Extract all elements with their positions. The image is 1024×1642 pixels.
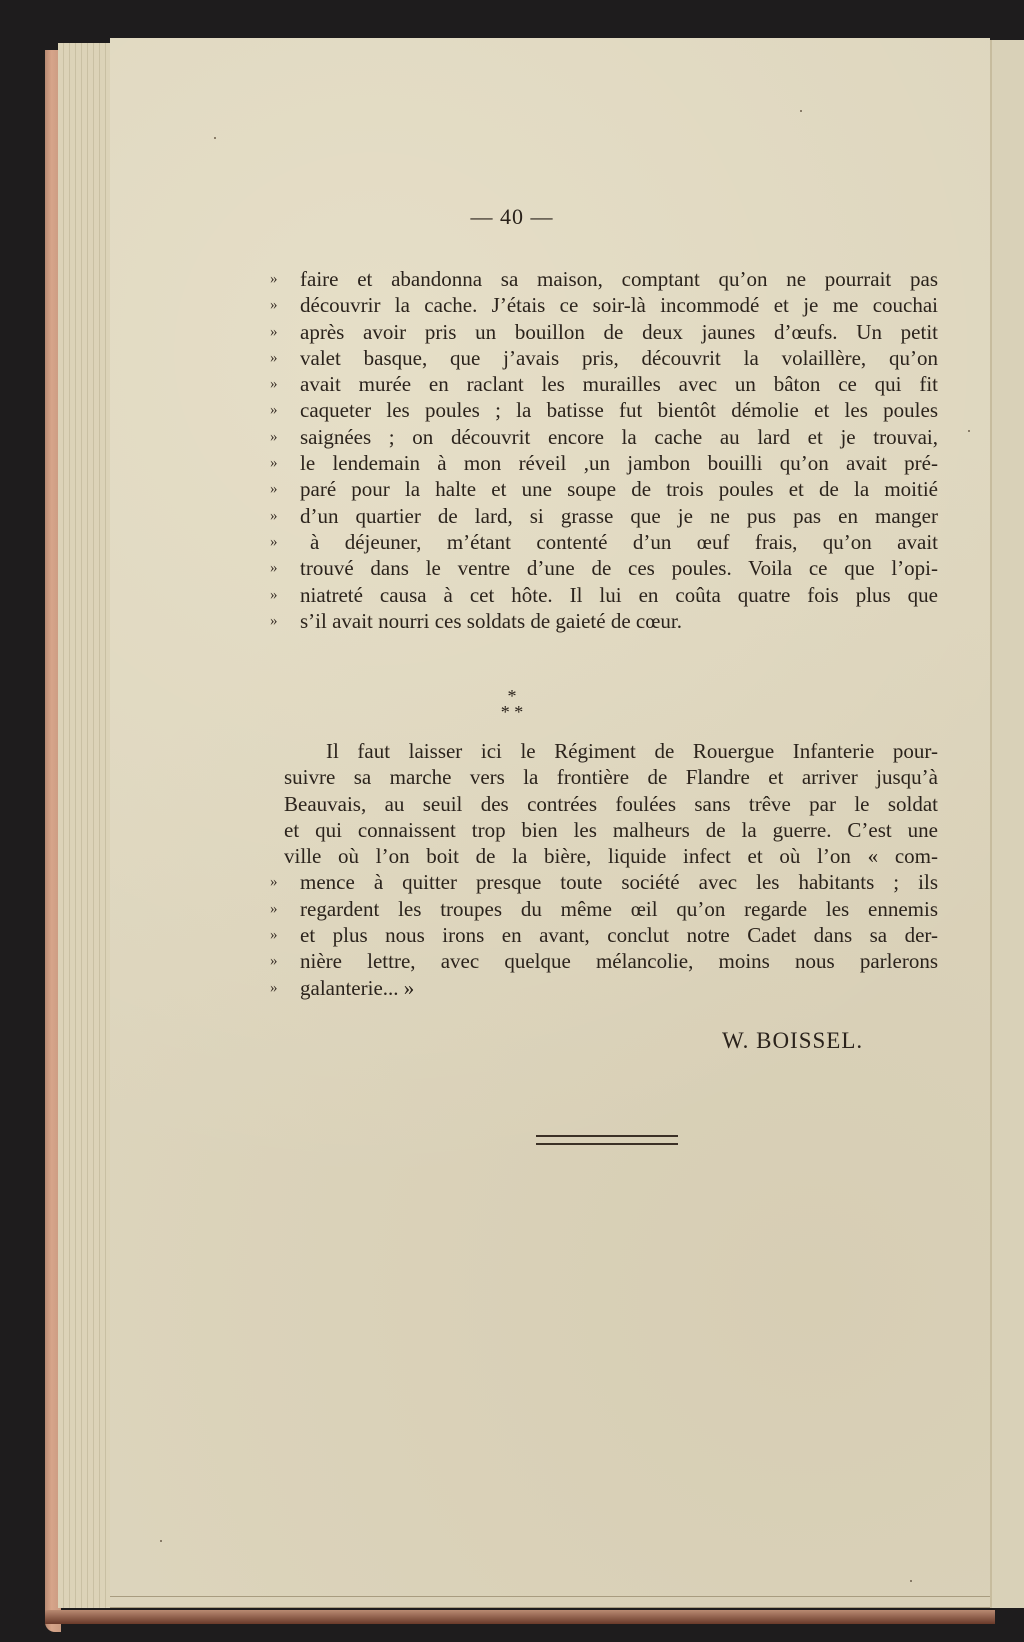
text-line: »s’il avait nourri ces soldats de gaieté… xyxy=(270,608,938,634)
line-text: à déjeuner, m’étant contenté d’un œuf fr… xyxy=(300,529,938,555)
quote-mark: » xyxy=(270,896,300,922)
quote-mark: » xyxy=(270,529,300,555)
author-signature: W. BOISSEL. xyxy=(722,1028,863,1054)
line-text: regardent les troupes du même œil qu’on … xyxy=(300,896,938,922)
line-text: Beauvais, au seuil des contrées foulées … xyxy=(284,791,938,817)
book-cover-bottom-edge xyxy=(45,1610,995,1624)
page-number: — 40 — xyxy=(0,204,1024,230)
text-line: »paré pour la halte et une soupe de troi… xyxy=(270,476,938,502)
quote-mark: » xyxy=(270,503,300,529)
text-line: »découvrir la cache. J’étais ce soir-là … xyxy=(270,292,938,318)
text-line: »à déjeuner, m’étant contenté d’un œuf f… xyxy=(270,529,938,555)
line-text: niatreté causa à cet hôte. Il lui en coû… xyxy=(300,582,938,608)
line-text: trouvé dans le ventre d’une de ces poule… xyxy=(300,555,938,581)
text-line: »et plus nous irons en avant, conclut no… xyxy=(270,922,938,948)
text-line: Il faut laisser ici le Régiment de Rouer… xyxy=(284,738,938,764)
line-text: paré pour la halte et une soupe de trois… xyxy=(300,476,938,502)
line-text: et plus nous irons en avant, conclut not… xyxy=(300,922,938,948)
line-text: avait murée en raclant les murailles ave… xyxy=(300,371,938,397)
line-text: le lendemain à mon réveil ,un jambon bou… xyxy=(300,450,938,476)
paper-speck xyxy=(160,1540,162,1542)
text-line: »galanterie... » xyxy=(270,975,938,1001)
quote-mark: » xyxy=(270,424,300,450)
quote-mark: » xyxy=(270,292,300,318)
line-text: nière lettre, avec quelque mélancolie, m… xyxy=(300,948,938,974)
page-bottom-edges xyxy=(110,1596,990,1608)
end-double-rule xyxy=(536,1135,678,1145)
text-line: Beauvais, au seuil des contrées foulées … xyxy=(284,791,938,817)
quote-mark: » xyxy=(270,319,300,345)
text-line: »avait murée en raclant les murailles av… xyxy=(270,371,938,397)
quote-mark: » xyxy=(270,476,300,502)
quote-mark: » xyxy=(270,948,300,974)
text-line: »mence à quitter presque toute société a… xyxy=(270,869,938,895)
text-line: »faire et abandonna sa maison, comptant … xyxy=(270,266,938,292)
line-text: s’il avait nourri ces soldats de gaieté … xyxy=(300,608,938,634)
line-text: après avoir pris un bouillon de deux jau… xyxy=(300,319,938,345)
text-line: »saignées ; on découvrit encore la cache… xyxy=(270,424,938,450)
text-line: et qui connaissent trop bien les malheur… xyxy=(284,817,938,843)
line-text: valet basque, que j’avais pris, découvri… xyxy=(300,345,938,371)
text-line: »valet basque, que j’avais pris, découvr… xyxy=(270,345,938,371)
text-line: ville où l’on boit de la bière, liquide … xyxy=(284,843,938,869)
section-separator-asterism: * * * xyxy=(0,688,1024,720)
quote-mark: » xyxy=(270,582,300,608)
quote-mark: » xyxy=(270,266,300,292)
text-line: »trouvé dans le ventre d’une de ces poul… xyxy=(270,555,938,581)
line-text: galanterie... » xyxy=(300,975,938,1001)
text-line: »après avoir pris un bouillon de deux ja… xyxy=(270,319,938,345)
line-text: saignées ; on découvrit encore la cache … xyxy=(300,424,938,450)
quoted-passage: »faire et abandonna sa maison, comptant … xyxy=(270,266,938,634)
line-text: et qui connaissent trop bien les malheur… xyxy=(284,817,938,843)
paper-speck xyxy=(910,1580,912,1582)
line-text: découvrir la cache. J’étais ce soir-là i… xyxy=(300,292,938,318)
text-line: »d’un quartier de lard, si grasse que je… xyxy=(270,503,938,529)
text-line: suivre sa marche vers la frontière de Fl… xyxy=(284,764,938,790)
line-text: suivre sa marche vers la frontière de Fl… xyxy=(284,764,938,790)
quote-mark: » xyxy=(270,345,300,371)
quote-mark: » xyxy=(270,371,300,397)
line-text: d’un quartier de lard, si grasse que je … xyxy=(300,503,938,529)
line-text: mence à quitter presque toute société av… xyxy=(300,869,938,895)
line-text: Il faut laisser ici le Régiment de Rouer… xyxy=(284,738,938,764)
quote-mark: » xyxy=(270,555,300,581)
quote-mark: » xyxy=(270,975,300,1001)
adjacent-page-edge xyxy=(990,40,1024,1608)
quote-mark: » xyxy=(270,450,300,476)
paper-speck xyxy=(214,137,216,139)
text-line: »niatreté causa à cet hôte. Il lui en co… xyxy=(270,582,938,608)
quote-mark: » xyxy=(270,608,300,634)
quote-mark: » xyxy=(270,869,300,895)
text-line: »regardent les troupes du même œil qu’on… xyxy=(270,896,938,922)
text-line: »le lendemain à mon réveil ,un jambon bo… xyxy=(270,450,938,476)
line-text: ville où l’on boit de la bière, liquide … xyxy=(284,843,938,869)
paper-speck xyxy=(968,430,970,432)
closing-paragraph: Il faut laisser ici le Régiment de Rouer… xyxy=(284,738,938,1001)
paper-speck xyxy=(800,110,802,112)
text-line: »caqueter les poules ; la batisse fut bi… xyxy=(270,397,938,423)
line-text: caqueter les poules ; la batisse fut bie… xyxy=(300,397,938,423)
quote-mark: » xyxy=(270,397,300,423)
line-text: faire et abandonna sa maison, comptant q… xyxy=(300,266,938,292)
text-line: »nière lettre, avec quelque mélancolie, … xyxy=(270,948,938,974)
asterisk-bottom: * * xyxy=(0,704,1024,720)
quote-mark: » xyxy=(270,922,300,948)
